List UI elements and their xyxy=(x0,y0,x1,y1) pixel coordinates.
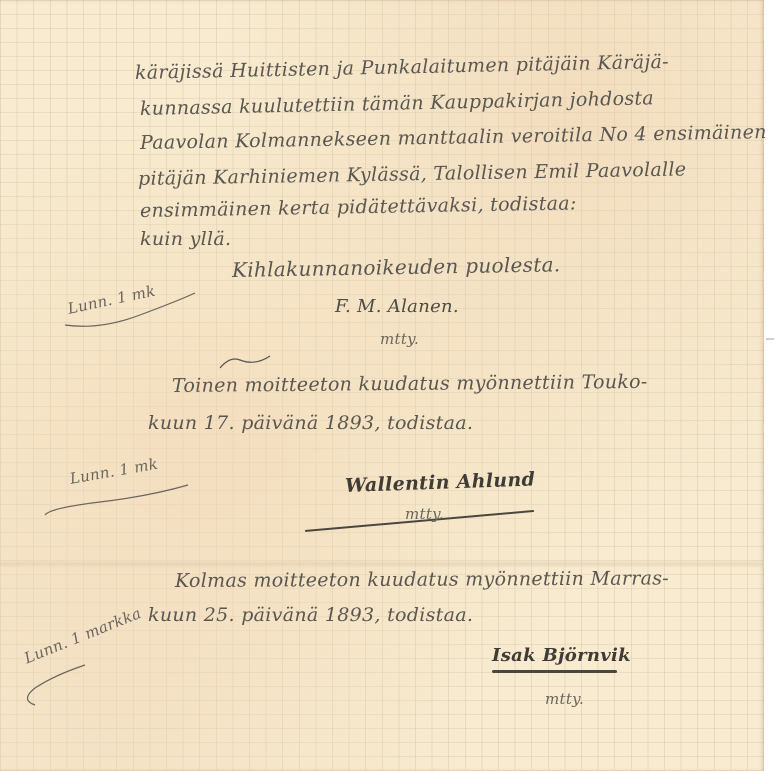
signature-title: mtty. xyxy=(405,505,444,523)
margin-flourish-icon xyxy=(15,660,95,710)
text-line: kuun 25. päivänä 1893, todistaa. xyxy=(148,604,473,626)
text-line: kunnassa kuulutettiin tämän Kauppakirjan… xyxy=(140,87,654,120)
margin-flourish-icon xyxy=(60,285,200,335)
text-line: Kolmas moitteeton kuudatus myönnettiin M… xyxy=(175,567,669,592)
authority-line: Kihlakunnanoikeuden puolesta. xyxy=(232,252,561,282)
signature-title: mtty. xyxy=(545,690,584,708)
text-line: pitäjän Karhiniemen Kylässä, Talollisen … xyxy=(138,158,687,190)
margin-note: Lunn. 1 markka xyxy=(22,604,144,667)
text-line: käräjissä Huittisten ja Punkalaitumen pi… xyxy=(135,51,669,84)
signature-title: mtty. xyxy=(380,330,419,348)
text-line: kuin yllä. xyxy=(140,228,231,250)
signature-underline xyxy=(492,670,617,673)
document-page: käräjissä Huittisten ja Punkalaitumen pi… xyxy=(0,0,764,771)
edge-mark xyxy=(766,338,774,340)
text-line: ensimmäinen kerta pidätettävaksi, todist… xyxy=(140,192,577,222)
signature-ahlund: Wallentin Ahlund xyxy=(345,468,536,497)
text-line: Paavolan Kolmannekseen manttaalin veroit… xyxy=(140,121,767,154)
signature-bjornvik: Isak Björnvik xyxy=(492,645,631,666)
margin-flourish-icon xyxy=(40,480,190,520)
paragraph-flourish-icon xyxy=(215,350,275,375)
signature-alanen: F. M. Alanen. xyxy=(335,296,459,317)
text-line: Toinen moitteeton kuudatus myönnettiin T… xyxy=(172,371,648,397)
text-line: kuun 17. päivänä 1893, todistaa. xyxy=(148,412,473,434)
